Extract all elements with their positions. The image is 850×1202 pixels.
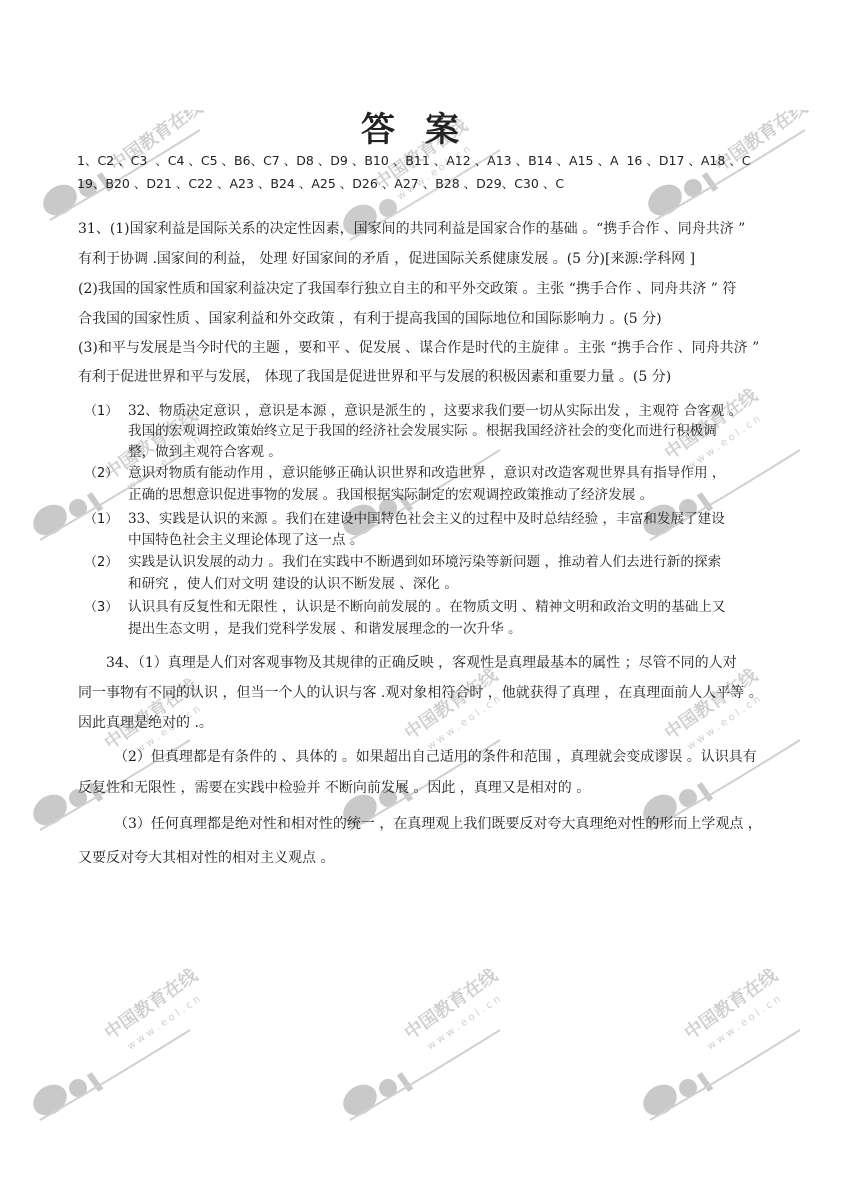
- q33-item-2-line-2: 和研究 ，使人们对文明 建设的认识不断发展 、深化 。: [128, 572, 458, 592]
- q32-item-2-label: （2）: [84, 462, 118, 481]
- document-page: 答案 1、C2 、C3 、C4 、C5 、B6、C7 、D8 、D9 、B10 …: [0, 0, 850, 1202]
- q31-line-6: 有利于促进世界和平与发展， 体现了我国是促进世界和平与发展的积极因素和重要力量 …: [78, 366, 671, 386]
- q31-line-3: (2)我国的国家性质和国家利益决定了我国奉行独立自主的和平外交政策 。主张 “携…: [78, 278, 736, 298]
- q34-line-6: （3）任何真理都是绝对性和相对性的统一 ，在真理观上我们既要反对夸大真理绝对性的…: [114, 813, 762, 833]
- q34-line-4: （2）但真理都是有条件的 、具体的 。如果超出自己适用的条件和范围 ，真理就会变…: [114, 746, 757, 766]
- q34-line-2: 同一事物有不同的认识 ，但当一个人的认识与客 .观对象相符合时 ，他就获得了真理…: [78, 682, 763, 702]
- q33-item-1-line-2: 中国特色社会主义理论体现了这一点 。: [128, 528, 363, 548]
- q33-item-3-line-1: 认识具有反复性和无限性 ，认识是不断向前发展的 。在物质文明 、精神文明和政治文…: [128, 595, 726, 615]
- q34-line-7: 又要反对夸大其相对性的相对主义观点 。: [78, 847, 334, 867]
- q32-item-2-line-1: 意识对物质有能动作用 ，意识能够正确认识世界和改造世界 ，意识对改造客观世界具有…: [128, 461, 726, 481]
- q32-item-1-line-3: 整，做到主观符合客观 。: [128, 440, 282, 460]
- q33-item-2-line-1: 实践是认识发展的动力 。我们在实践中不断遇到如环境污染等新问题 ，推动着人们去进…: [128, 550, 721, 570]
- q32-item-1-label: （1）: [84, 400, 118, 419]
- q33-item-1-label: （1）: [84, 508, 118, 527]
- q33-item-3-label: （3）: [84, 596, 118, 615]
- mc-answers-line-2: 19、B20 、D21 、C22 、A23 、B24 、A25 、D26 、A2…: [77, 174, 564, 192]
- q33-item-3-line-2: 提出生态文明 ，是我们党科学发展 、和谐发展理念的一次升华 。: [128, 617, 522, 637]
- q32-item-2-line-2: 正确的思想意识促进事物的发展 。我国根据实际制定的宏观调控政策推动了经济发展 。: [128, 483, 653, 503]
- q33-item-2-label: （2）: [84, 551, 118, 570]
- q34-line-5: 反复性和无限性 ，需要在实践中检验并 不断向前发展 。因此 ，真理又是相对的 。: [78, 777, 590, 797]
- q32-item-1-line-2: 我国的宏观调控政策始终立足于我国的经济社会发展实际 。根据我国经济社会的变化而进…: [128, 419, 717, 439]
- q31-line-1: 31、(1)国家利益是国际关系的决定性因素，国家间的共同利益是国家合作的基础 。…: [78, 218, 745, 238]
- q34-line-3: 因此真理是绝对的 .。: [78, 712, 213, 732]
- q31-line-4: 合我国的国家性质 、国家利益和外交政策 ，有利于提高我国的国际地位和国际影响力 …: [78, 308, 662, 328]
- mc-answers-line-1: 1、C2 、C3 、C4 、C5 、B6、C7 、D8 、D9 、B10 、B1…: [77, 151, 751, 169]
- q31-line-5: (3)和平与发展是当今时代的主题 ，要和平 、促发展 、谋合作是时代的主旋律 。…: [78, 337, 759, 357]
- q33-item-1-line-1: 33、实践是认识的来源 。我们在建设中国特色社会主义的过程中及时总结经验 ，丰富…: [128, 507, 725, 527]
- page-title: 答案: [0, 102, 850, 151]
- q32-item-1-line-1: 32、物质决定意识 ，意识是本源 ，意识是派生的 ，这要求我们要一切从实际出发 …: [128, 399, 742, 419]
- q31-line-2: 有利于协调 .国家间的利益， 处理 好国家间的矛盾 ，促进国际关系健康发展 。(…: [78, 248, 695, 268]
- q34-line-1: 34、（1）真理是人们对客观事物及其规律的正确反映 ，客观性是真理最基本的属性 …: [106, 652, 737, 672]
